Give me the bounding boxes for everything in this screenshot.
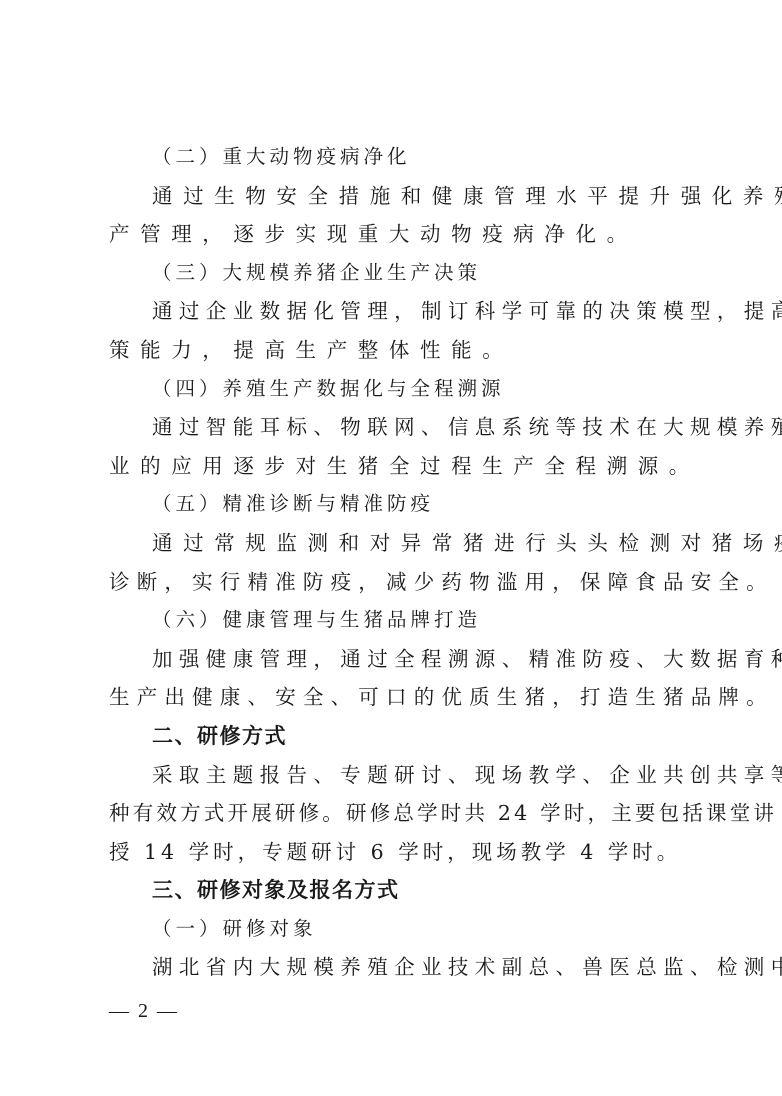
paragraph-line: 种有效方式开展研修。研修总学时共 24 学时，主要包括课堂讲	[109, 794, 675, 833]
part-heading-2: 二、研修方式	[109, 717, 675, 756]
paragraph-line: 生产出健康、安全、可口的优质生猪，打造生猪品牌。	[109, 678, 675, 717]
section-heading-2: （二）重大动物疫病净化	[109, 138, 675, 177]
subsection-heading-1: （一）研修对象	[109, 910, 675, 949]
section-heading-3: （三）大规模养猪企业生产决策	[109, 254, 675, 293]
paragraph-line: 产管理，逐步实现重大动物疫病净化。	[109, 215, 675, 254]
paragraph-line: 授 14 学时，专题研讨 6 学时，现场教学 4 学时。	[109, 833, 675, 872]
paragraph-line: 湖北省内大规模养殖企业技术副总、兽医总监、检测中心	[109, 948, 675, 987]
paragraph-line: 加强健康管理，通过全程溯源、精准防疫、大数据育种，	[109, 640, 675, 679]
paragraph-line: 采取主题报告、专题研讨、现场教学、企业共创共享等多	[109, 756, 675, 795]
section-heading-6: （六）健康管理与生猪品牌打造	[109, 601, 675, 640]
paragraph-line: 通过企业数据化管理，制订科学可靠的决策模型，提高决	[109, 292, 675, 331]
section-heading-4: （四）养殖生产数据化与全程溯源	[109, 370, 675, 409]
section-heading-5: （五）精准诊断与精准防疫	[109, 485, 675, 524]
paragraph-line: 业的应用逐步对生猪全过程生产全程溯源。	[109, 447, 675, 486]
part-heading-3: 三、研修对象及报名方式	[109, 871, 675, 910]
paragraph-line: 通过常规监测和对异常猪进行头头检测对猪场疫病精准	[109, 524, 675, 563]
page-number: — 2 —	[109, 1000, 179, 1023]
document-page: （二）重大动物疫病净化 通过生物安全措施和健康管理水平提升强化养殖企业生 产管理…	[109, 138, 675, 987]
paragraph-line: 诊断，实行精准防疫，减少药物滥用，保障食品安全。	[109, 563, 675, 602]
paragraph-line: 策能力，提高生产整体性能。	[109, 331, 675, 370]
paragraph-line: 通过智能耳标、物联网、信息系统等技术在大规模养殖企	[109, 408, 675, 447]
paragraph-line: 通过生物安全措施和健康管理水平提升强化养殖企业生	[109, 177, 675, 216]
